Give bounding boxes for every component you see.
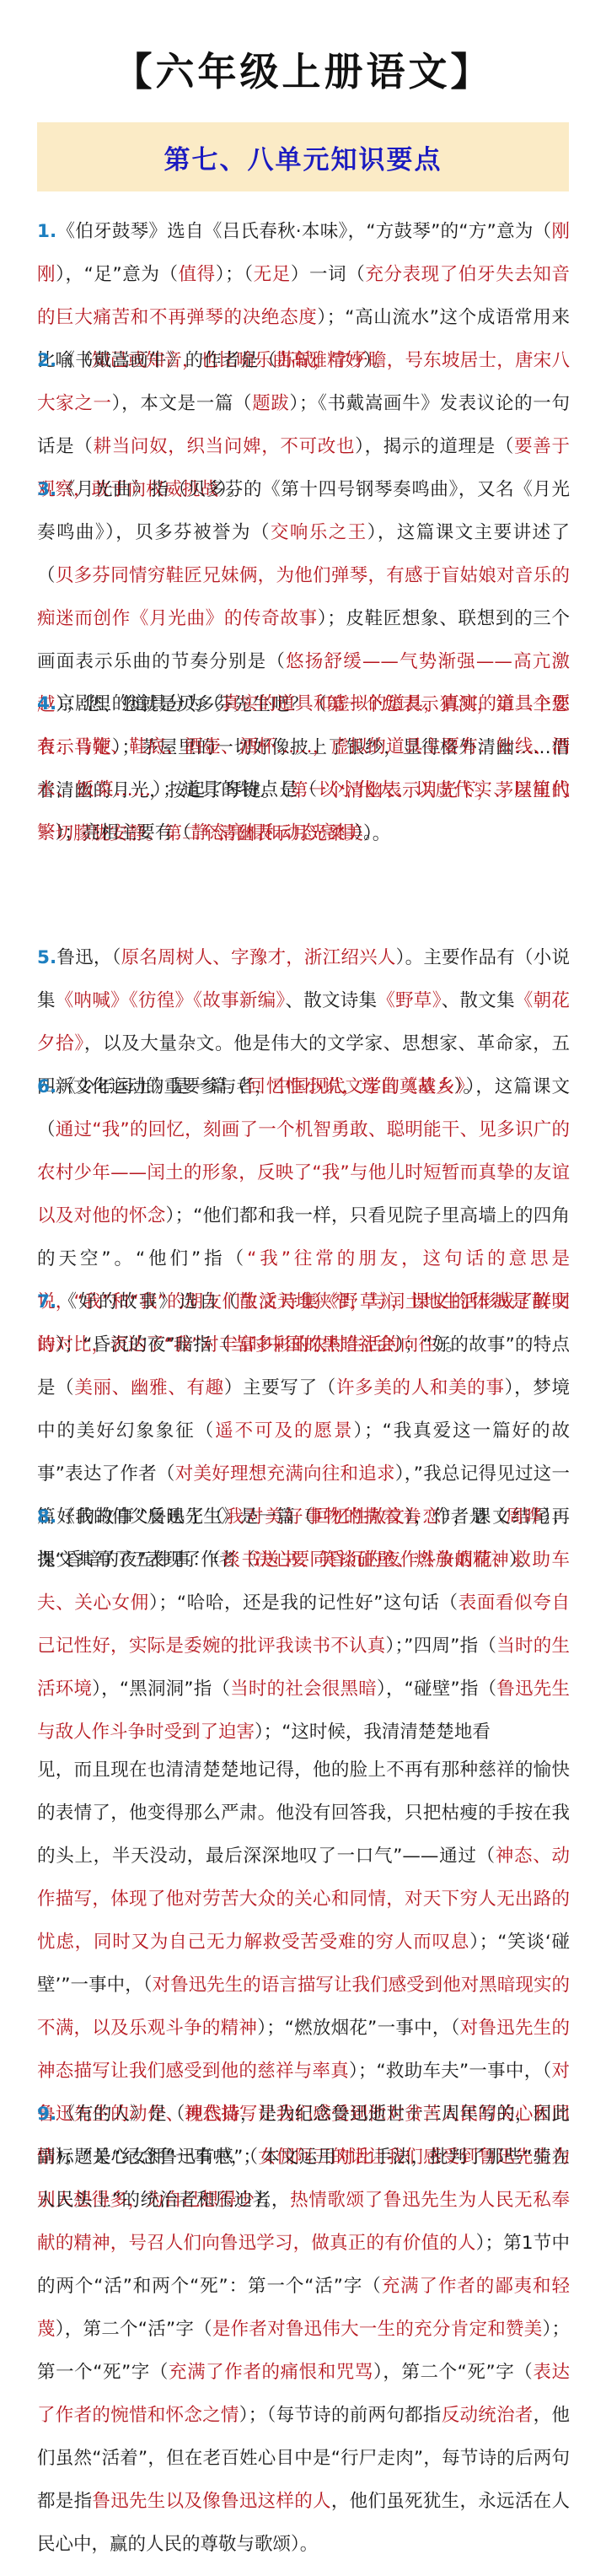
- item-number: 8.: [37, 1506, 56, 1528]
- question-text: 京剧里的道具分为（: [56, 693, 222, 714]
- answer-text: 回忆性散文: [314, 1506, 405, 1528]
- question-text: ）；“燃放烟花”一事中，（: [257, 2018, 459, 2039]
- question-text: 、散文集: [442, 990, 515, 1011]
- question-text: ）；（: [216, 264, 254, 285]
- answer-text: 对美好理想充满向往和追求: [175, 1463, 395, 1485]
- answer-text: 反动统治者: [442, 2405, 534, 2426]
- answer-text: 《呐喊》《彷徨》《故事新编》: [56, 990, 286, 1011]
- question-text: ）。: [354, 822, 381, 843]
- answer-text: 许多美的人和美的事: [336, 1377, 505, 1398]
- answer-text: 鲁迅先生以及像鲁迅这样的人: [92, 2491, 330, 2512]
- question-text: ）；“哈哈，还是我的记性好”这句话（: [149, 1592, 459, 1614]
- answer-text: 对比: [336, 2147, 373, 2168]
- knowledge-item-4: 4.京剧里的道具分为（真实的道具和虚拟的道具，真实的道具主要有：马鞭、鞋底、酒壶…: [37, 682, 570, 854]
- item-number: 9.: [37, 2104, 56, 2125]
- item-number: 3.: [37, 479, 56, 500]
- answer-text: 当时中国的黑暗社会: [230, 1334, 395, 1355]
- question-text: ）一词（: [291, 264, 365, 285]
- question-text: ），第二个“活”字（: [56, 2319, 212, 2340]
- question-text: ），第二个“死”字（: [373, 2362, 533, 2383]
- question-text: 《书戴嵩画牛》的作者是（: [56, 350, 276, 371]
- question-text: 《好的故事》选自（: [56, 1291, 239, 1312]
- item-number: 5.: [37, 947, 56, 968]
- answer-text: 值得: [179, 264, 216, 285]
- question-text: ），“黑洞洞”指（: [92, 1679, 230, 1700]
- question-text: ）；亮相主要有（: [56, 822, 191, 843]
- answer-text: 遥不可及的愿景: [215, 1420, 353, 1442]
- item-number: 6.: [37, 1076, 56, 1097]
- item-number: 1.: [37, 221, 56, 242]
- question-text: ），“足”意为（: [56, 264, 178, 285]
- item-number: 7.: [37, 1291, 56, 1312]
- answer-text: 当时的社会很黑暗: [230, 1679, 377, 1700]
- question-text: 见，而且现在也清清楚楚地记得，他的脸上不再有那种慈祥的愉快的表情了，他变得那么严…: [37, 1760, 570, 1867]
- question-text: ）；“昏沉的夜”暗指（: [56, 1334, 230, 1355]
- question-text: ）；”四周”指（: [386, 1636, 497, 1657]
- item-number: 2.: [37, 350, 56, 371]
- answer-text: 题跋: [252, 393, 289, 414]
- answer-text: 无足: [254, 264, 291, 285]
- section-banner: 第七、八单元知识要点: [37, 122, 569, 191]
- question-text: ）；“这时候，我清清楚楚地看: [255, 1722, 491, 1743]
- item-number: 4.: [37, 693, 56, 714]
- page-title: 【六年级上册语文】: [0, 52, 606, 91]
- answer-text: 回忆性小说，选自《故乡》: [247, 1076, 465, 1097]
- question-text: 《少年闰土》是一篇（: [56, 1076, 247, 1097]
- answer-text: 美丽、幽雅、有趣: [74, 1377, 223, 1398]
- question-text: ），揭示的道理是（: [355, 436, 514, 457]
- answer-text: 周晔: [506, 1506, 542, 1528]
- question-text: ）主要写了（: [224, 1377, 336, 1398]
- knowledge-item-9: 9.《有的人》是（现代诗，是为纪念鲁迅逝世十三周年写的，因此副标题是“纪念鲁迅有…: [37, 2093, 570, 2566]
- section-subtitle: 第七、八单元知识要点: [164, 138, 442, 176]
- question-text: ）；（每节诗的前两句都指: [239, 2405, 442, 2426]
- answer-text: 充满了作者的痛恨和咒骂: [169, 2362, 373, 2383]
- question-text: 鲁迅，（: [56, 947, 121, 968]
- question-text: ）；“救助车夫”一事中，（: [349, 2061, 551, 2082]
- question-text: 《我的伯父鲁迅先生》是一篇（: [56, 1506, 314, 1528]
- answer-text: 耕当问奴，织当问婢，不可改也: [94, 436, 356, 457]
- question-text: ），本文是一篇（: [112, 393, 253, 414]
- answer-text: 《野草》: [377, 990, 441, 1011]
- question-text: ），作者是（: [405, 1506, 506, 1528]
- answer-text: 静态亮相和动态亮相: [191, 822, 355, 843]
- answer-text: 原名周树人、字豫才，浙江绍兴人: [121, 947, 396, 968]
- knowledge-item-8: 8.《我的伯父鲁迅先生》是一篇（回忆性散文），作者是（周晔）；课文共写了五件事：…: [37, 1495, 570, 1754]
- question-text: 《有的人》是（: [56, 2104, 185, 2125]
- question-text: 、散文诗集: [285, 990, 377, 1011]
- answer-text: 现代诗: [185, 2104, 240, 2125]
- answer-text: 是作者对鲁迅伟大一生的充分肯定和赞美: [212, 2319, 543, 2340]
- question-text: 《伯牙鼓琴》选自《吕氏春秋·本味》，“方鼓琴”的“方”意为（: [56, 221, 551, 242]
- question-text: ）；道具的特点是（: [151, 779, 318, 800]
- question-text: ），“碰壁”指（: [377, 1679, 496, 1700]
- answer-text: 交响乐之王: [271, 522, 367, 543]
